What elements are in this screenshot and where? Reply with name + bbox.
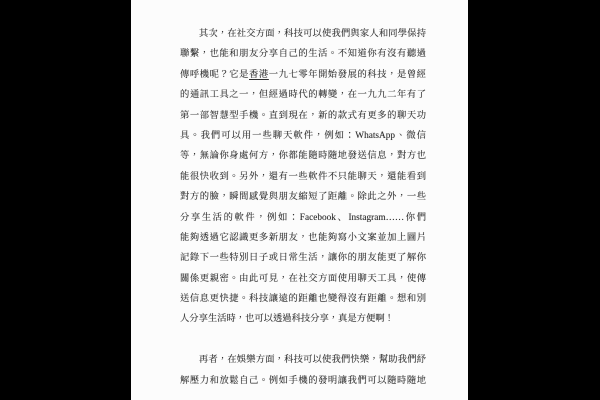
text-line: 能夠透過它認識更多新朋友，也能夠寫小文案並加上圖片 [180, 228, 426, 248]
text-line: 其次，在社交方面，科技可以使我們與家人和同學保持 [180, 24, 426, 44]
text-line: 具。我們可以用一些聊天軟件，例如：WhatsApp、微信 [180, 126, 426, 146]
text-line: 能很快收到。另外，還有一些軟件不只能聊天，還能看到 [180, 167, 426, 187]
paragraph-gap [180, 330, 426, 350]
text-line: 分享生活的軟件，例如：Facebook、Instagram……你們 [180, 208, 426, 228]
document-page: 其次，在社交方面，科技可以使我們與家人和同學保持 聯繫，也能和朋友分享自己的生活… [131, 0, 468, 400]
text-line: 對方的臉，瞬間感覺與朋友縮短了距離。除此之外，一些 [180, 187, 426, 207]
letterbox-right [468, 0, 600, 400]
screenshot-canvas: 其次，在社交方面，科技可以使我們與家人和同學保持 聯繫，也能和朋友分享自己的生活… [0, 0, 600, 400]
text-line: 關係更親密。由此可見，在社交方面使用聊天工具，使傳 [180, 269, 426, 289]
text-segment: 傳呼機呢？它是 [180, 70, 249, 80]
text-line: 傳呼機呢？它是香港一九七零年開始發展的科技，是曾經 [180, 65, 426, 85]
text-line: 送信息更快捷。科技讓遠的距離也變得沒有距離。想和別 [180, 289, 426, 309]
letterbox-left [0, 0, 131, 400]
text-line: 的通訊工具之一，但經過時代的轉變，在一九九二年有了 [180, 85, 426, 105]
text-line: 等，無論你身處何方，你都能隨時隨地發送信息，對方也 [180, 146, 426, 166]
text-segment: 一九七零年開始發展的科技，是曾經 [269, 70, 426, 80]
text-line: 第一部智慧型手機。直到現在，新的款式有更多的聊天功 [180, 106, 426, 126]
text-line: 聯繫，也能和朋友分享自己的生活。不知道你有沒有聽過 [180, 44, 426, 64]
text-line: 人分享生活時，也可以透過科技分享，真是方便啊！ [180, 309, 426, 329]
text-line: 再者，在娛樂方面，科技可以使我們快樂，幫助我們紓 [180, 350, 426, 370]
text-line: 解壓力和放鬆自己。例如手機的發明讓我們可以隨時隨地 [180, 371, 426, 391]
essay-text: 其次，在社交方面，科技可以使我們與家人和同學保持 聯繫，也能和朋友分享自己的生活… [180, 24, 426, 391]
proper-noun-underline: 香港 [249, 70, 269, 80]
text-line: 記錄下一些特別日子或日常生活，讓你的朋友能更了解你 [180, 248, 426, 268]
